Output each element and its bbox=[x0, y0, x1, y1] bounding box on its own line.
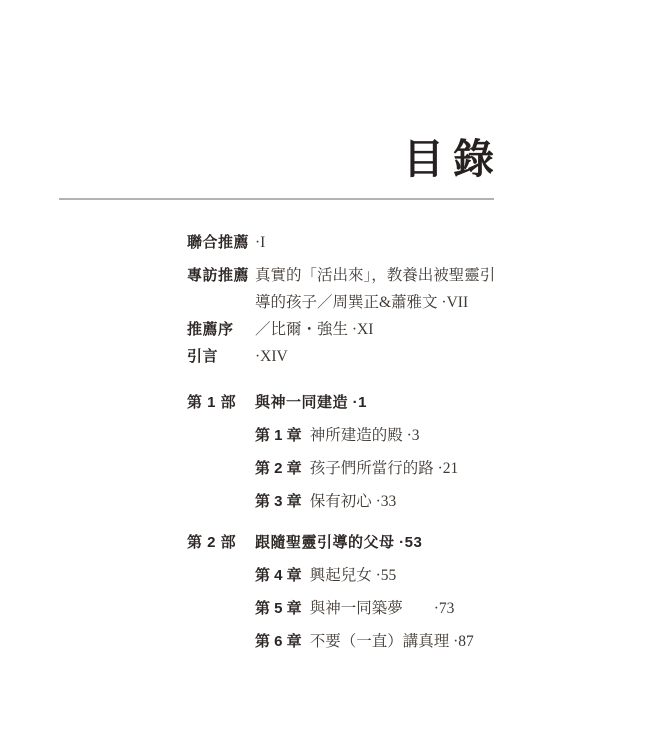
toc-page: 目錄 聯合推薦 ·I 專訪推薦 真實的「活出來」，教養出被聖靈引 導的孩子／周巽… bbox=[0, 0, 650, 750]
title-divider bbox=[59, 198, 494, 200]
page-title: 目錄 bbox=[403, 134, 503, 184]
toc-chapter-title: 與神一同築夢 ·73 bbox=[310, 595, 455, 622]
toc-chapter: 第 3 章 保有初心 ·33 bbox=[255, 488, 537, 515]
toc-entry-united-recommendation: 聯合推薦 ·I bbox=[187, 229, 537, 256]
toc-chapter-number: 第 3 章 bbox=[255, 488, 302, 515]
toc-part-2: 第 2 部 跟隨聖靈引導的父母 ·53 第 4 章 興起兒女 ·55 第 5 章… bbox=[187, 529, 537, 655]
toc-part-header: 第 2 部 跟隨聖靈引導的父母 ·53 bbox=[187, 529, 537, 556]
toc-entry-text: ·XIV bbox=[255, 343, 288, 370]
toc-chapter: 第 5 章 與神一同築夢 ·73 bbox=[255, 595, 537, 622]
toc-entry-interview-recommendation: 專訪推薦 真實的「活出來」，教養出被聖靈引 導的孩子／周巽正&蕭雅文 ·VII bbox=[187, 262, 537, 316]
toc-part-title: 與神一同建造 ·1 bbox=[255, 389, 367, 416]
toc-chapter: 第 2 章 孩子們所當行的路 ·21 bbox=[255, 455, 537, 482]
toc-chapter-number: 第 2 章 bbox=[255, 455, 302, 482]
toc-entry-text: ·I bbox=[255, 229, 265, 256]
toc-chapter-number: 第 4 章 bbox=[255, 562, 302, 589]
toc-part-label: 第 2 部 bbox=[187, 529, 255, 556]
toc-part-header: 第 1 部 與神一同建造 ·1 bbox=[187, 389, 537, 416]
toc-entry-introduction: 引言 ·XIV bbox=[187, 343, 537, 370]
toc-entry-text: 真實的「活出來」，教養出被聖靈引 導的孩子／周巽正&蕭雅文 ·VII bbox=[255, 262, 495, 316]
toc-content: 聯合推薦 ·I 專訪推薦 真實的「活出來」，教養出被聖靈引 導的孩子／周巽正&蕭… bbox=[187, 229, 537, 655]
toc-chapter-number: 第 1 章 bbox=[255, 422, 302, 449]
toc-chapter: 第 1 章 神所建造的殿 ·3 bbox=[255, 422, 537, 449]
toc-entry-text: ／比爾・強生 ·XI bbox=[255, 316, 373, 343]
toc-chapter-title: 保有初心 ·33 bbox=[310, 488, 397, 515]
front-matter-list: 聯合推薦 ·I 專訪推薦 真實的「活出來」，教養出被聖靈引 導的孩子／周巽正&蕭… bbox=[187, 229, 537, 370]
toc-chapter: 第 4 章 興起兒女 ·55 bbox=[255, 562, 537, 589]
toc-chapter-title: 孩子們所當行的路 ·21 bbox=[310, 455, 459, 482]
toc-entry-label: 專訪推薦 bbox=[187, 262, 255, 289]
toc-entry-label: 推薦序 bbox=[187, 316, 255, 343]
toc-chapter-list: 第 1 章 神所建造的殿 ·3 第 2 章 孩子們所當行的路 ·21 第 3 章… bbox=[255, 422, 537, 515]
toc-chapter: 第 6 章 不要（一直）講真理 ·87 bbox=[255, 628, 537, 655]
toc-chapter-number: 第 5 章 bbox=[255, 595, 302, 622]
toc-chapter-list: 第 4 章 興起兒女 ·55 第 5 章 與神一同築夢 ·73 第 6 章 不要… bbox=[255, 562, 537, 655]
toc-entry-label: 聯合推薦 bbox=[187, 229, 255, 256]
toc-entry-label: 引言 bbox=[187, 343, 255, 370]
toc-part-title: 跟隨聖靈引導的父母 ·53 bbox=[255, 529, 422, 556]
toc-chapter-number: 第 6 章 bbox=[255, 628, 302, 655]
toc-entry-foreword: 推薦序 ／比爾・強生 ·XI bbox=[187, 316, 537, 343]
toc-chapter-title: 興起兒女 ·55 bbox=[310, 562, 397, 589]
toc-part-label: 第 1 部 bbox=[187, 389, 255, 416]
toc-part-1: 第 1 部 與神一同建造 ·1 第 1 章 神所建造的殿 ·3 第 2 章 孩子… bbox=[187, 389, 537, 515]
toc-chapter-title: 神所建造的殿 ·3 bbox=[310, 422, 420, 449]
toc-chapter-title: 不要（一直）講真理 ·87 bbox=[310, 628, 474, 655]
